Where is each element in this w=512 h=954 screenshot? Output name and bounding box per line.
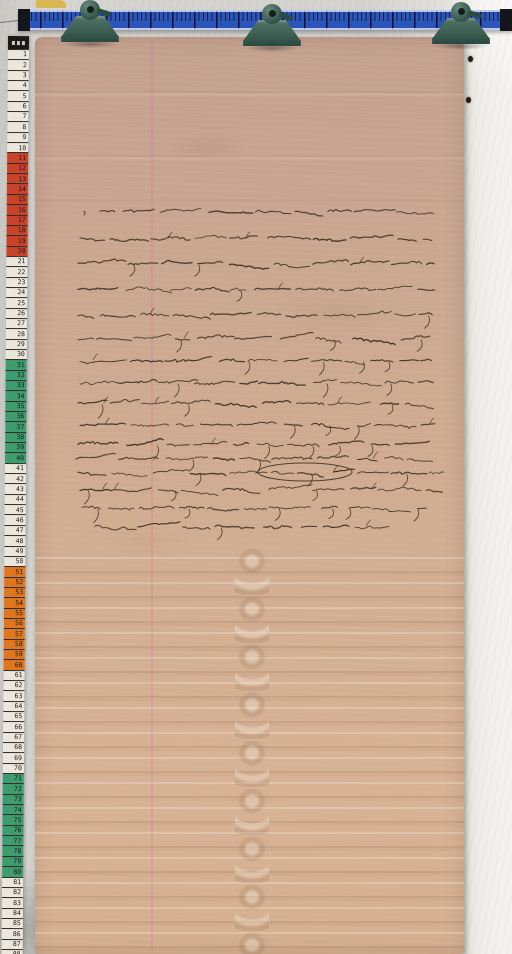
paper-hole [466, 97, 471, 103]
ruler-number: 64 [14, 703, 22, 710]
scale-unit: 78 [2, 845, 23, 855]
scale-unit: 48 [4, 535, 25, 545]
scale-unit: 82 [2, 887, 23, 897]
ruler-number: 14 [18, 186, 26, 193]
ruler-number: 7 [22, 114, 26, 121]
ruler-number: 58 [15, 641, 23, 648]
ruler-number: 62 [15, 682, 23, 689]
ruler-number: 81 [13, 879, 21, 886]
scale-unit: 19 [7, 235, 28, 245]
ruler-number: 8 [22, 124, 26, 131]
ruler-number: 25 [17, 300, 25, 307]
ruler-number: 34 [17, 393, 25, 400]
scale-unit: 88 [2, 949, 23, 954]
scale-unit: 17 [7, 214, 28, 224]
scale-unit: 16 [7, 204, 28, 214]
scale-unit: 84 [2, 908, 23, 918]
ruler-number: 79 [13, 858, 21, 865]
ruler-number: 20 [18, 248, 26, 255]
ruler-number: 78 [13, 848, 21, 855]
ruler-number: 48 [16, 538, 24, 545]
scale-unit: 9 [7, 132, 28, 142]
scale-unit: 85 [2, 918, 23, 928]
ruler-number: 5 [23, 93, 27, 100]
scale-header-label [8, 36, 29, 49]
ruler-number: 63 [15, 693, 23, 700]
scale-unit: 62 [3, 680, 24, 690]
scale-unit: 15 [7, 194, 28, 204]
ruler-number: 33 [17, 382, 25, 389]
scale-unit: 24 [6, 287, 27, 297]
scale-unit: 87 [2, 939, 23, 949]
scale-unit: 44 [5, 494, 26, 504]
ruler-number: 53 [15, 589, 23, 596]
ruler-number: 67 [14, 734, 22, 741]
ruler-number: 21 [18, 258, 26, 265]
scale-unit: 8 [7, 121, 28, 131]
ruler-number: 66 [14, 724, 22, 731]
ruler-number: 36 [16, 414, 24, 421]
scale-unit: 21 [6, 256, 27, 266]
ruler-number: 41 [16, 465, 24, 472]
ruler-number: 55 [15, 610, 23, 617]
scale-unit: 60 [4, 659, 25, 669]
scale-unit: 74 [3, 804, 24, 814]
scale-unit: 28 [6, 328, 27, 338]
ruler-number: 82 [13, 889, 21, 896]
scale-unit: 83 [2, 897, 23, 907]
ruler-number: 22 [18, 269, 26, 276]
ruler-number: 40 [16, 455, 24, 462]
scale-unit: 51 [4, 566, 25, 576]
manuscript-sheet [35, 37, 464, 954]
scale-unit: 10 [7, 142, 28, 152]
scale-unit: 31 [6, 359, 27, 369]
scale-unit: 29 [6, 339, 27, 349]
ruler-number: 57 [15, 631, 23, 638]
ruler-number: 43 [16, 486, 24, 493]
upper-creases [35, 37, 464, 237]
ruler-number: 70 [14, 765, 22, 772]
ruler-number: 71 [14, 776, 22, 783]
ruler-number: 45 [16, 507, 24, 514]
ruler-number: 28 [17, 331, 25, 338]
ruler-number: 38 [16, 434, 24, 441]
scale-unit: 45 [5, 504, 26, 514]
scale-unit: 66 [3, 721, 24, 731]
clip-lever [97, 8, 112, 17]
ruler-number: 31 [17, 362, 25, 369]
scale-unit: 35 [5, 401, 26, 411]
scale-unit: 65 [3, 711, 24, 721]
ruler-number: 54 [15, 600, 23, 607]
scale-unit: 71 [3, 773, 24, 783]
tape-left-cap [18, 9, 30, 31]
ruler-number: 75 [14, 817, 22, 824]
scale-unit: 6 [7, 101, 28, 111]
ruler-number: 60 [15, 662, 23, 669]
scale-unit: 33 [6, 380, 27, 390]
ruler-number: 86 [13, 931, 21, 938]
scale-unit: 46 [5, 514, 26, 524]
bulldog-clip [428, 2, 494, 52]
central-crumple-line [235, 547, 269, 954]
scale-unit: 11 [7, 152, 28, 162]
ruler-number: 87 [13, 941, 21, 948]
ruler-number: 56 [15, 620, 23, 627]
ruler-number: 50 [15, 558, 23, 565]
ruler-number: 59 [15, 651, 23, 658]
scale-unit: 77 [2, 835, 23, 845]
photograph: 1234567891011121314151617181920212223242… [0, 0, 512, 954]
scale-unit: 27 [6, 318, 27, 328]
ruler-number: 30 [17, 351, 25, 358]
scale-unit: 49 [4, 545, 25, 555]
ruler-number: 47 [16, 527, 24, 534]
ruler-number: 13 [18, 176, 26, 183]
scale-unit: 56 [4, 618, 25, 628]
ruler-number: 9 [22, 134, 26, 141]
ruler-number: 26 [17, 310, 25, 317]
scale-unit: 76 [2, 825, 23, 835]
ruler-number: 65 [14, 713, 22, 720]
scale-unit: 69 [3, 752, 24, 762]
ruler-number: 73 [14, 796, 22, 803]
ruler-number: 72 [14, 786, 22, 793]
scale-unit: 40 [5, 452, 26, 462]
ruler-number: 18 [18, 227, 26, 234]
ruler-number: 4 [23, 83, 27, 90]
scale-unit: 30 [6, 349, 27, 359]
scale-unit: 73 [3, 794, 24, 804]
scale-unit: 67 [3, 732, 24, 742]
scale-unit: 55 [4, 608, 25, 618]
scale-unit: 18 [7, 225, 28, 235]
ruler-number: 74 [14, 807, 22, 814]
scale-unit: 43 [5, 483, 26, 493]
ruler-number: 61 [15, 672, 23, 679]
clip-hole [269, 10, 276, 17]
clip-lever [279, 12, 294, 21]
ruler-number: 19 [18, 238, 26, 245]
ruler-number: 46 [16, 517, 24, 524]
scale-unit: 34 [5, 390, 26, 400]
ruler-number: 23 [17, 279, 25, 286]
scale-unit: 64 [3, 701, 24, 711]
scale-unit: 63 [3, 690, 24, 700]
ruler-number: 37 [16, 424, 24, 431]
clip-hole [458, 8, 465, 15]
ruler-number: 49 [16, 548, 24, 555]
ruler-number: 12 [18, 165, 26, 172]
scale-unit: 26 [6, 308, 27, 318]
vertical-scale: 1234567891011121314151617181920212223242… [2, 36, 29, 954]
scale-unit: 39 [5, 442, 26, 452]
ruler-number: 80 [13, 869, 21, 876]
scale-unit: 14 [7, 183, 28, 193]
scale-unit: 20 [6, 246, 27, 256]
ruler-number: 32 [17, 372, 25, 379]
ruler-number: 42 [16, 476, 24, 483]
ruler-number: 84 [13, 910, 21, 917]
scale-unit: 47 [5, 525, 26, 535]
ruler-number: 6 [23, 103, 27, 110]
clip-hole [87, 6, 94, 13]
scale-unit: 81 [2, 876, 23, 886]
scale-unit: 1 [8, 49, 29, 59]
ruler-number: 10 [18, 145, 26, 152]
scale-unit: 54 [4, 597, 25, 607]
ruler-number: 83 [13, 900, 21, 907]
ruler-number: 15 [18, 196, 26, 203]
fold-creases [35, 557, 464, 954]
ruler-number: 2 [23, 62, 27, 69]
scale-unit: 86 [2, 928, 23, 938]
scale-unit: 4 [8, 80, 29, 90]
ruler-number: 35 [17, 403, 25, 410]
scale-unit: 58 [4, 639, 25, 649]
ruler-number: 16 [18, 207, 26, 214]
paper-texture [35, 37, 464, 954]
scale-unit: 7 [7, 111, 28, 121]
scale-unit: 25 [6, 297, 27, 307]
ruler-number: 68 [14, 745, 22, 752]
scale-unit: 61 [4, 670, 25, 680]
ruler-number: 17 [18, 217, 26, 224]
scale-unit: 2 [8, 59, 29, 69]
scale-unit: 59 [4, 649, 25, 659]
ruler-number: 24 [17, 289, 25, 296]
scale-unit: 12 [7, 163, 28, 173]
scale-unit: 41 [5, 463, 26, 473]
scale-unit: 79 [2, 856, 23, 866]
scale-unit: 38 [5, 432, 26, 442]
ruler-number: 52 [15, 579, 23, 586]
scale-unit: 13 [7, 173, 28, 183]
ruler-number: 29 [17, 341, 25, 348]
tape-right-cap [500, 9, 512, 31]
scale-unit: 23 [6, 277, 27, 287]
ruler-number: 85 [13, 920, 21, 927]
scale-unit: 68 [3, 742, 24, 752]
scale-unit: 36 [5, 411, 26, 421]
scale-unit: 52 [4, 577, 25, 587]
bulldog-clip [57, 0, 123, 50]
scale-unit: 70 [3, 763, 24, 773]
ruler-number: 44 [16, 496, 24, 503]
scale-unit: 5 [8, 90, 29, 100]
scale-unit: 3 [8, 70, 29, 80]
paper-hole [468, 56, 473, 62]
scale-unit: 42 [5, 473, 26, 483]
ruler-number: 76 [14, 827, 22, 834]
clip-lever [468, 10, 483, 19]
ruler-number: 1 [23, 52, 27, 59]
scale-unit: 72 [3, 783, 24, 793]
bulldog-clip [239, 4, 305, 54]
scale-unit: 37 [5, 421, 26, 431]
ruler-number: 39 [16, 445, 24, 452]
ruler-number: 3 [23, 72, 27, 79]
scale-unit: 53 [4, 587, 25, 597]
ruler-number: 11 [18, 155, 26, 162]
scale-unit: 75 [2, 814, 23, 824]
ruler-number: 77 [14, 838, 22, 845]
scale-unit: 57 [4, 628, 25, 638]
scale-unit: 22 [6, 266, 27, 276]
ruler-number: 69 [14, 755, 22, 762]
scale-unit: 80 [2, 866, 23, 876]
scale-unit: 50 [4, 556, 25, 566]
ruler-number: 27 [17, 320, 25, 327]
scale-unit: 32 [6, 370, 27, 380]
ruler-number: 51 [15, 569, 23, 576]
